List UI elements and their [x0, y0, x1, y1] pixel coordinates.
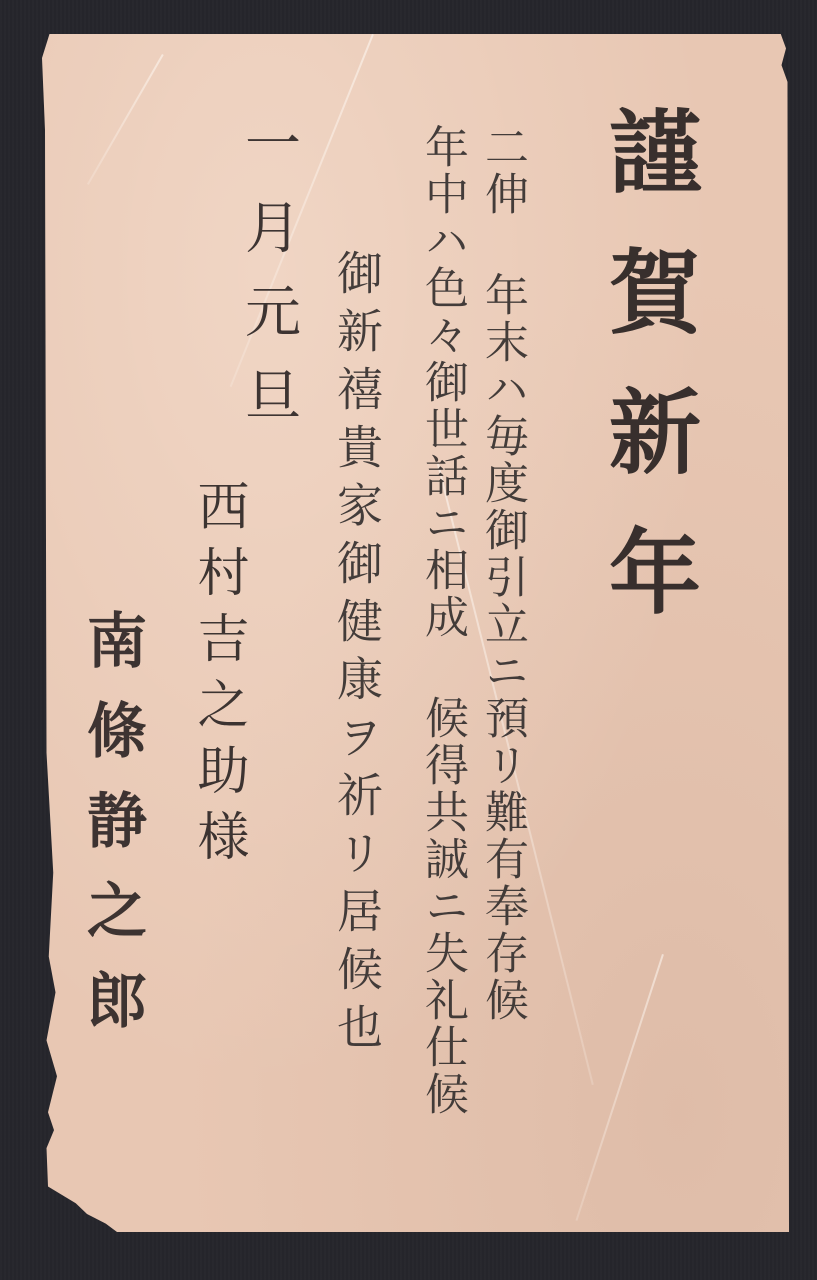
message-line-3: 御新禧貴家御健康ヲ祈リ居候也: [334, 249, 380, 1061]
postcard: 謹賀新年 二伸 ​年末ハ毎度御引立ニ預リ難有奉存候 年中ハ色々御世話ニ相成 候得…: [42, 34, 792, 1232]
greeting-heading: 謹賀新年: [602, 104, 694, 664]
message-line-1: 二伸 ​年末ハ毎度御引立ニ預リ難有奉存候: [480, 124, 524, 1024]
sender-signature: 南條静之郎: [82, 609, 142, 1059]
paper-crease: [575, 954, 663, 1221]
recipient-address: 西村吉之助様: [192, 479, 244, 875]
message-line-2: 年中ハ色々御世話ニ相成 候得共誠ニ失礼仕候: [420, 124, 464, 1118]
date: 一月元旦: [240, 114, 296, 450]
paper-crease: [87, 54, 164, 185]
